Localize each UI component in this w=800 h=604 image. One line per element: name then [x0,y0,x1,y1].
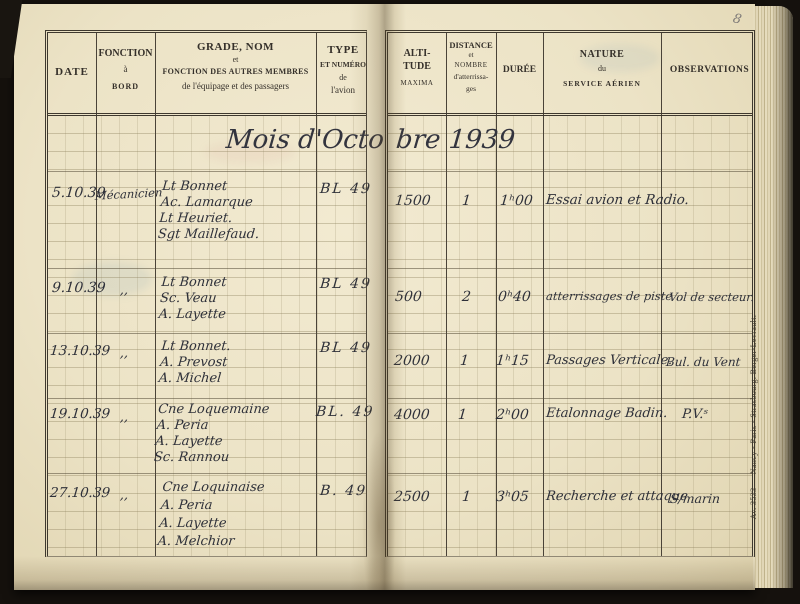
fonction-ditto: ,, [119,346,129,362]
printer-imprint: Av. 3533 — Nancy - Paris - Strasbourg. B… [749,274,758,560]
nature-cell: Recherche et attaque [545,489,688,505]
row-divider [388,333,752,334]
landings-cell: 1 [461,193,471,210]
page-stack-shadow [753,6,793,588]
header-duree: DURÉE [496,66,543,76]
header-type-l3: de [316,74,370,82]
header-date: DATE [48,67,96,79]
crew-cell: Lt Bonnet Sc. Veau A. Layette [158,275,229,323]
altitude-cell: 2000 [393,353,430,370]
row-divider [388,268,752,269]
crew-line: Cne Loquinaise [162,479,266,497]
logbook-scan: DATE FONCTION à BORD GRADE, NOM et FONCT… [0,0,800,604]
altitude-cell: 2500 [393,489,430,506]
crew-cell: Cne Loquinaise A. Peria A. Layette A. Me… [157,479,265,551]
month-title-left: Mois d'Octo [225,125,386,156]
crew-line: A. Layette [158,515,262,533]
observations-cell: Vol de secteur. [668,291,754,305]
row-divider [48,473,366,474]
crew-line: Sc. Veau [159,291,228,307]
duration-cell: 3ʰ05 [495,489,529,506]
fonction-ditto: ,, [119,488,129,504]
header-nature-l3: SERVICE AÉRIEN [543,80,661,88]
header-type-l1: TYPE [316,45,370,57]
duration-cell: 1ʰ15 [495,353,529,370]
nature-cell: Essai avion et Radio. [545,192,689,208]
row-divider [388,473,752,474]
date-cell: 13.10.39 [49,343,111,359]
crew-line: Lt Bonnet. [161,339,232,355]
crew-cell: Lt Bonnet. A. Prevost A. Michel [158,339,231,387]
header-altitude-l2: TUDE [388,62,446,73]
altitude-cell: 4000 [393,407,430,424]
header-observations: OBSERVATIONS [661,66,758,76]
header-distance-l5: ges [446,85,496,93]
date-cell: 19.10.39 [49,406,111,422]
crew-line: Lt Heuriet. [159,211,262,227]
fonction-ditto: ,, [119,410,129,426]
crew-line: Ac. Lamarque [160,195,263,211]
row-divider [48,171,366,172]
logbook-left-page-table: DATE FONCTION à BORD GRADE, NOM et FONCT… [45,30,367,557]
crew-line: A. Peria [156,418,269,434]
page-bottom-shadow [14,556,755,590]
altitude-cell: 500 [394,289,422,306]
duration-cell: 2ʰ00 [495,407,529,424]
duration-cell: 1ʰ00 [499,193,533,210]
crew-line: A. Melchior [157,533,261,551]
crew-line: Lt Bonnet [161,275,230,291]
crew-line: A. Layette [158,307,227,323]
type-cell: BL 49 [319,340,372,357]
observations-cell: P.V.ˢ [681,407,708,423]
landings-cell: 1 [461,489,471,506]
crew-cell: Lt Bonnet Ac. Lamarque Lt Heuriet. Sgt M… [157,179,264,243]
header-fonction-l3: BORD [96,83,155,91]
observations-cell: Bul. du Vent [665,355,741,369]
crew-line: Cne Loquemaine [157,402,270,418]
landings-cell: 2 [461,289,471,306]
header-fonction-l1: FONCTION [96,49,155,60]
date-cell: 9.10.39 [51,280,106,297]
nature-cell: atterrissages de piste .. [545,290,683,304]
row-divider [48,268,366,269]
header-grade-l2: et [155,56,316,64]
fonction-ditto: ,, [119,283,129,299]
crew-line: Sgt Maillefaud. [157,227,260,243]
header-distance-l2: et [446,52,496,59]
row-divider [388,398,752,399]
crew-line: A. Layette [155,434,268,450]
header-grade-l1: GRADE, NOM [155,42,316,54]
header-fonction-l2: à [96,65,155,74]
type-cell: BL 49 [319,276,372,293]
observations-cell: S/marin [669,491,720,506]
date-cell: 27.10.39 [49,485,111,501]
crew-cell: Cne Loquemaine A. Peria A. Layette Sc. R… [153,402,270,466]
row-divider [388,171,752,172]
duration-cell: 0ʰ40 [497,289,531,306]
header-type-l2: ET NUMÉRO [316,61,370,69]
crew-line: Sc. Rannou [153,450,266,466]
type-cell: BL. 49 [315,404,375,421]
header-altitude-l1: ALTI- [388,49,446,60]
header-distance-l1: DISTANCE [446,41,496,50]
logbook-right-page-table: ALTI- TUDE MAXIMA DISTANCE et NOMBRE d'a… [385,30,755,557]
row-divider [48,333,366,334]
altitude-cell: 1500 [394,193,431,210]
header-altitude-l3: MAXIMA [388,80,446,87]
header-distance-l4: d'atterrissa- [446,73,496,81]
header-nature-l2: du [543,65,661,73]
header-grade-l4: de l'équipage et des passagers [155,82,316,91]
landings-cell: 1 [459,353,469,370]
crew-line: A. Peria [160,497,264,515]
crew-line: Lt Bonnet [161,179,264,195]
landings-cell: 1 [457,407,467,424]
nature-cell: Etalonnage Badin. [545,406,668,422]
crew-line: A. Michel [158,371,229,387]
type-cell: BL 49 [319,181,372,198]
month-title-right: bre 1939 [395,125,517,156]
row-divider [48,398,366,399]
header-nature-l1: NATURE [543,50,661,61]
type-cell: B. 49 [319,483,367,500]
nature-cell: Passages Verticale. [545,353,673,369]
header-type-l4: l'avion [316,86,370,95]
crew-line: A. Prevost [159,355,230,371]
header-distance-l3: NOMBRE [446,62,496,69]
header-grade-l3: FONCTION DES AUTRES MEMBRES [155,68,316,76]
